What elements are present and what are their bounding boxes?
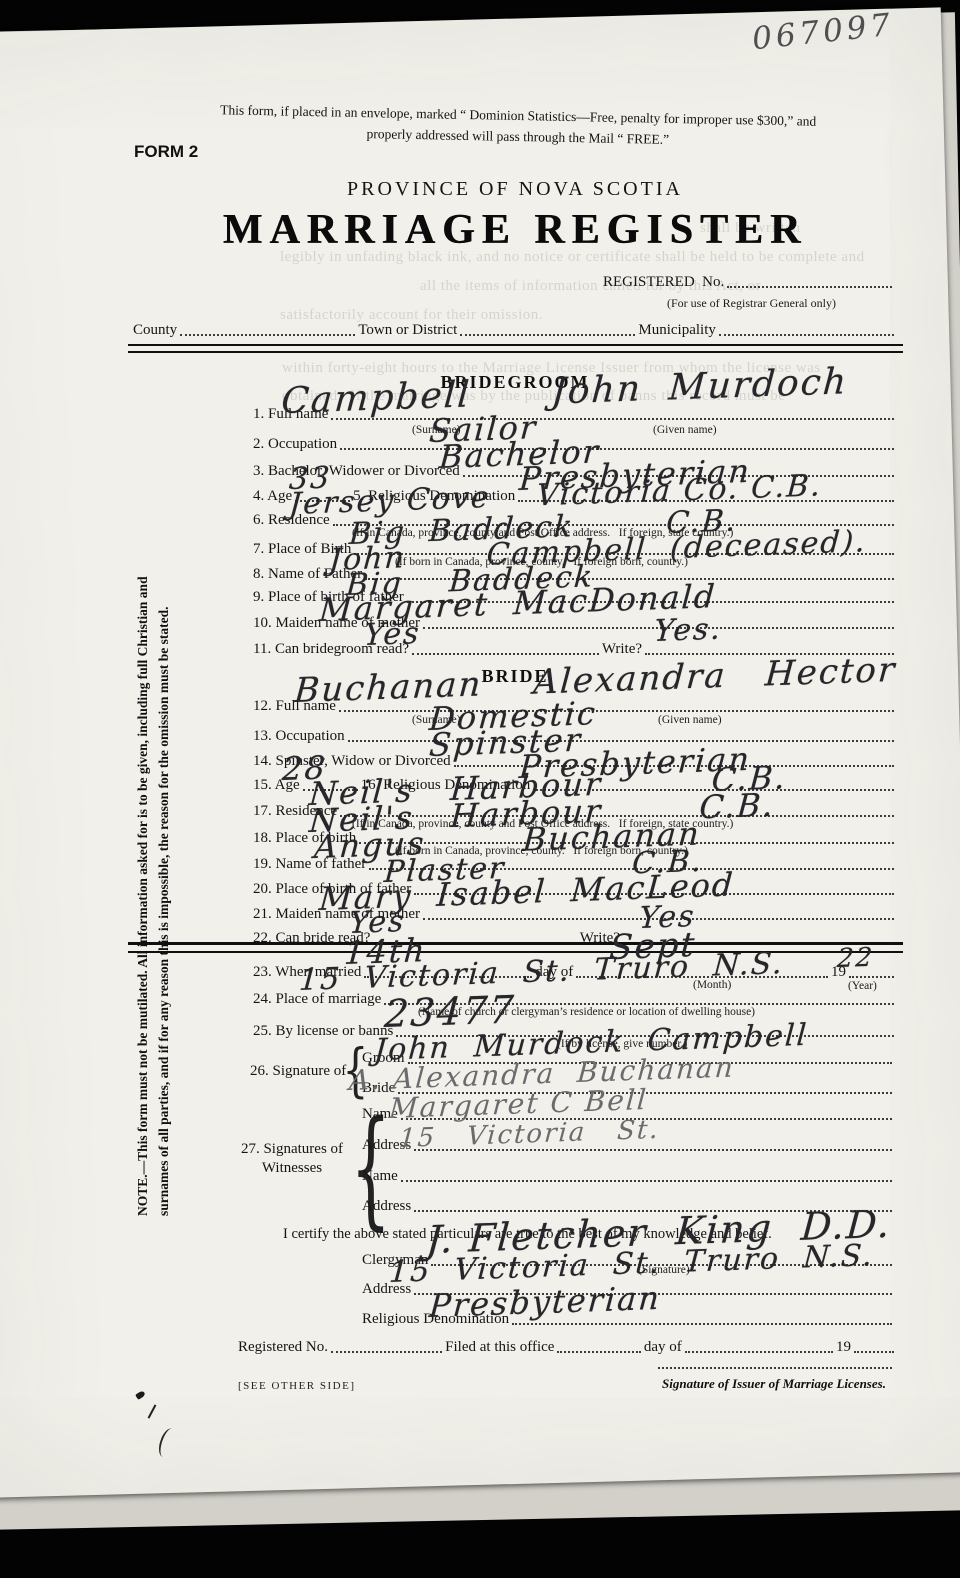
municipality-label: Municipality [638, 322, 716, 339]
dotted-line [512, 1322, 892, 1325]
dotted-line [180, 333, 355, 336]
dotted-line [401, 1179, 892, 1182]
scanned-document: shall be written legibly in unfading bla… [0, 0, 960, 1578]
ink-mark [135, 1390, 146, 1400]
side-note-line2: surnames of all parties, and if for any … [154, 524, 175, 1216]
registered-no-line: REGISTERED No. [603, 274, 895, 291]
witnesses-label-line1: 27. Signatures of [238, 1140, 346, 1159]
footer-filing-line: Registered No. Filed at this office day … [238, 1339, 897, 1356]
county-label: County [133, 322, 177, 339]
see-other-side-label: [SEE OTHER SIDE] [238, 1380, 356, 1392]
field-label: 13. Occupation [253, 728, 345, 745]
caption-given-name: (Given name) [653, 424, 717, 436]
registered-no-label: REGISTERED No. [603, 274, 724, 291]
dotted-line [727, 285, 892, 288]
field-label: 25. By license or banns [253, 1023, 393, 1040]
double-rule [128, 942, 903, 953]
dotted-line [719, 333, 894, 336]
dotted-line [854, 1350, 894, 1353]
form-number: FORM 2 [134, 142, 198, 162]
dotted-line [331, 1350, 442, 1353]
witnesses-label-line2: Witnesses [238, 1159, 346, 1178]
field-label: 4. Age [253, 488, 292, 505]
dotted-line [339, 709, 894, 712]
dotted-line [331, 417, 894, 420]
issuer-signature-line [655, 1366, 895, 1372]
double-rule [128, 344, 903, 353]
field-label: 19 [836, 1339, 851, 1356]
ink-mark [148, 1404, 157, 1418]
town-label: Town or District [358, 322, 457, 339]
witnesses-label: 27. Signatures of Witnesses [238, 1140, 346, 1178]
signature-of-label: 26. Signature of [250, 1062, 350, 1081]
field-label: Address [362, 1198, 411, 1215]
issuer-signature-label: Signature of Issuer of Marriage Licenses… [650, 1376, 898, 1392]
dotted-line [340, 447, 894, 450]
dotted-line [685, 1350, 833, 1353]
registered-no-note: (For use of Registrar General only) [608, 296, 895, 311]
dotted-line [557, 1350, 640, 1353]
dotted-line [849, 975, 894, 978]
dotted-line [460, 333, 635, 336]
field-label: Name [362, 1168, 398, 1185]
field-label: Registered No. [238, 1339, 328, 1356]
field-label: Write? [602, 641, 642, 658]
side-note-line1: NOTE.—This form must not be mutilated. A… [133, 524, 154, 1216]
handwritten-married-year: 22 [836, 943, 875, 974]
province-heading: PROVINCE OF NOVA SCOTIA [130, 178, 900, 201]
dotted-line [412, 652, 599, 655]
field-label: day of [644, 1339, 682, 1356]
field-label: 3. Bachelor, Widower or Divorced [253, 463, 460, 480]
field-witness2-name: Name [362, 1168, 895, 1185]
caption-given-name: (Given name) [658, 714, 722, 726]
page-content: shall be written legibly in unfading bla… [0, 0, 960, 1578]
dotted-line [658, 1366, 892, 1369]
page-title: MARRIAGE REGISTER [130, 206, 900, 254]
side-note: NOTE.—This form must not be mutilated. A… [133, 524, 175, 1216]
serial-number-handwritten: 067097 [751, 7, 896, 58]
handwritten-groom-write: Yes. [653, 612, 723, 649]
handwritten-groom-read: Yes [363, 616, 422, 653]
county-line: County Town or District Municipality [133, 322, 897, 339]
mailing-note: This form, if placed in an envelope, mar… [182, 100, 855, 155]
ink-mark [156, 1426, 180, 1459]
field-label: Filed at this office [445, 1339, 554, 1356]
field-label: 2. Occupation [253, 436, 337, 453]
